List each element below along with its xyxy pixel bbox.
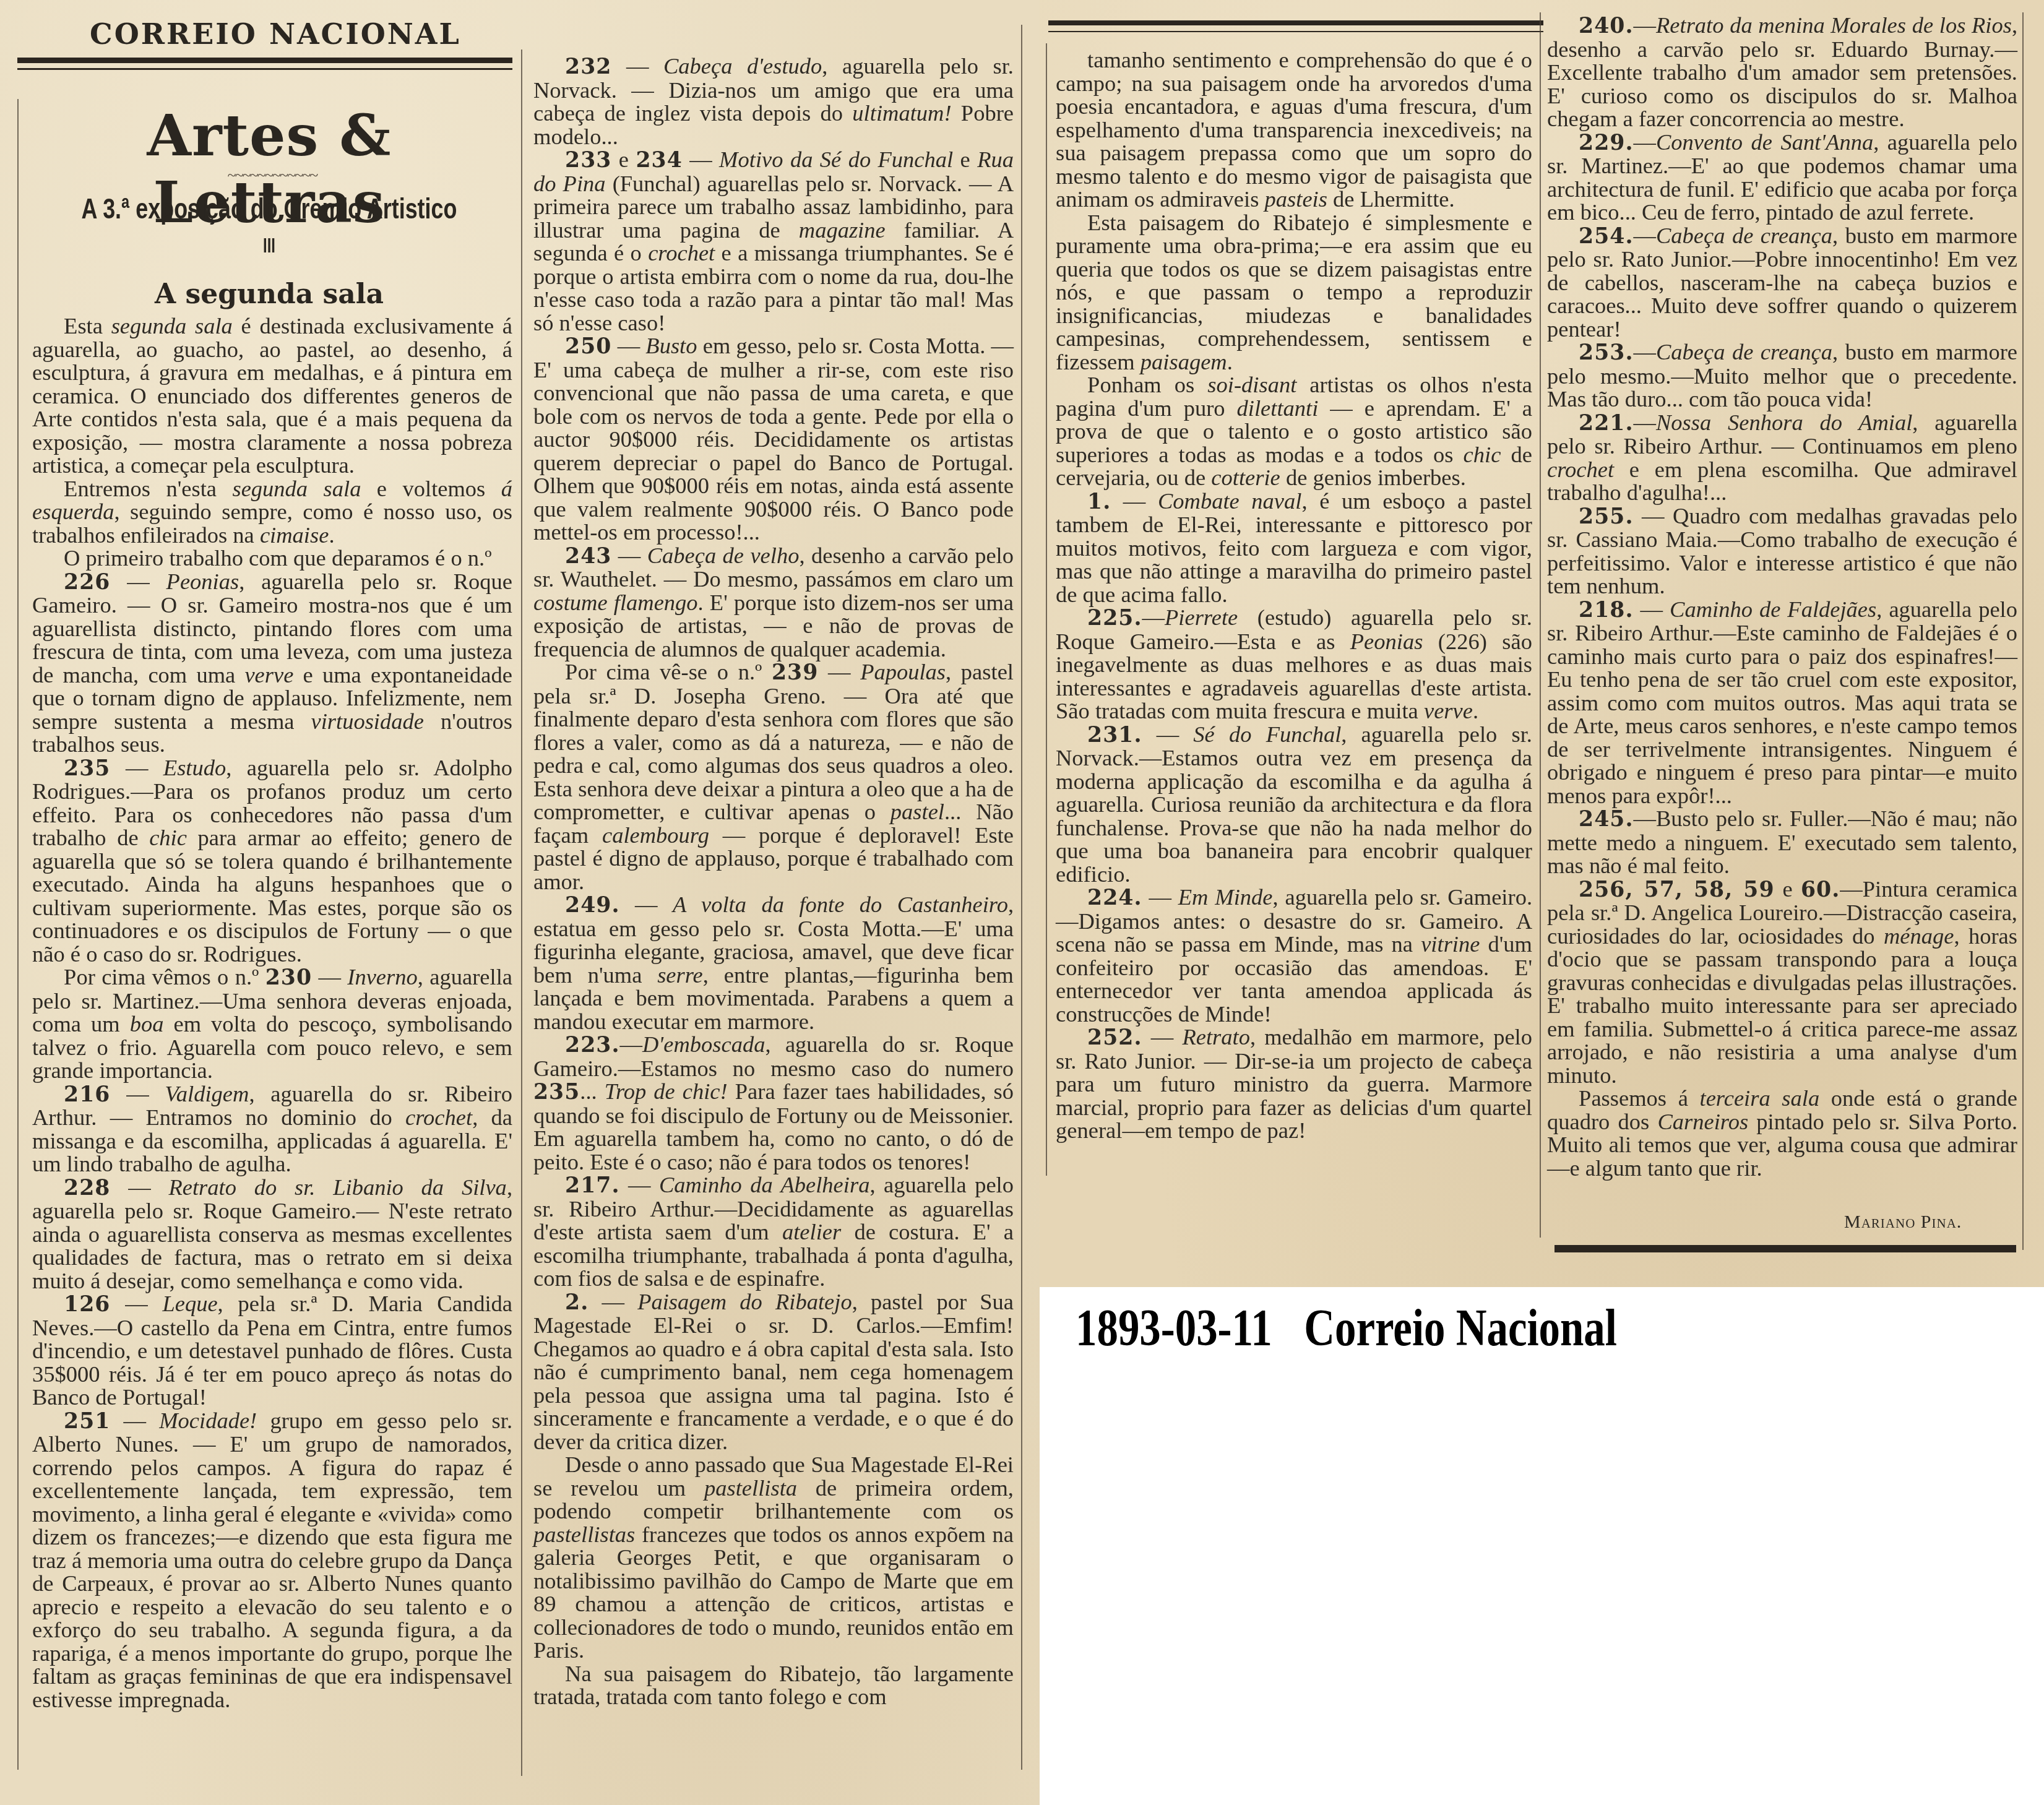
archive-caption: 1893-03-11 Correio Nacional <box>1076 1298 1617 1358</box>
emphasis-text: Convento de Sant'Anna <box>1656 129 1873 155</box>
body-text: — <box>620 1032 643 1057</box>
article-paragraph: 256, 57, 58, 59 e 60.—Pintura ceramica p… <box>1547 877 2017 1087</box>
article-paragraph: 228 — Retrato do sr. Libanio da Silva, a… <box>32 1176 512 1293</box>
end-rule <box>1555 1245 2016 1252</box>
article-paragraph: 245.—Busto pelo sr. Fuller.—Não é mau; n… <box>1547 807 2017 877</box>
emphasis-text: Mocidade! <box>159 1408 257 1433</box>
catalog-number: 217. <box>565 1173 619 1198</box>
body-text: Na sua paisagem do Ribatejo, tão largame… <box>533 1661 1014 1710</box>
catalog-number: 223. <box>565 1032 619 1058</box>
body-text: . <box>329 522 334 548</box>
catalog-number: 232 <box>565 54 611 79</box>
emphasis-text: segunda sala <box>232 476 361 501</box>
catalog-number: 224. <box>1087 885 1142 910</box>
emphasis-text: verve <box>244 662 293 687</box>
article-part-number: III <box>98 234 441 258</box>
emphasis-text: D'emboscada <box>642 1032 765 1057</box>
right-newspaper-clipping: tamanho sentimento e comprehensão do que… <box>1040 0 2044 1287</box>
body-text: — <box>110 569 166 594</box>
article-paragraph: 243 — Cabeça de velho, desenho a carvão … <box>533 544 1014 661</box>
article-paragraph: 218. — Caminho de Faldejães, aguarella p… <box>1547 598 2017 808</box>
catalog-number: 233 <box>565 147 611 173</box>
column-rule <box>17 99 19 1770</box>
emphasis-text: serre <box>657 962 703 988</box>
catalog-number: 240. <box>1579 13 1633 38</box>
emphasis-text: dilettanti <box>1237 395 1319 421</box>
article-column-1: Esta segunda sala é destinada exclusivam… <box>32 314 512 1711</box>
emphasis-text: Retrato da menina Morales de los Rios <box>1656 12 2012 38</box>
article-paragraph: 223.—D'emboscada, aguarella do sr. Roque… <box>533 1033 1014 1173</box>
body-text: — <box>1634 410 1657 435</box>
catalog-number: 239 <box>772 660 818 685</box>
catalog-number: 234 <box>636 147 682 173</box>
emphasis-text: A volta da fonte do Castanheiro <box>673 892 1008 917</box>
body-text: e voltemos <box>361 476 501 501</box>
emphasis-text: verve <box>1424 698 1473 723</box>
body-text: é destinada exclusivamente á aguarella, … <box>32 313 512 478</box>
emphasis-text: calembourg <box>602 822 709 848</box>
body-text: — <box>1634 339 1657 364</box>
column-rule <box>2022 12 2024 1250</box>
emphasis-text: segunda sala <box>111 313 233 338</box>
emphasis-text: pastellista <box>704 1475 797 1501</box>
article-paragraph: Esta paisagem do Ribatejo é simplesmente… <box>1056 211 1532 374</box>
emphasis-text: Caminho de Faldejães <box>1670 597 1876 622</box>
emphasis-text: crochet <box>405 1105 472 1130</box>
emphasis-text: Cabeça d'estudo <box>663 53 822 79</box>
emphasis-text: Pierrete <box>1165 605 1238 630</box>
emphasis-text: Trop de chic! <box>605 1079 728 1104</box>
catalog-number: 1. <box>1087 489 1111 514</box>
body-text: — <box>611 333 645 358</box>
article-subtitle: A 3.ª exposição do Gremio Artistico <box>79 192 460 225</box>
column-rule <box>1540 12 1541 1238</box>
body-text: — <box>312 964 347 989</box>
emphasis-text: pasteis <box>1265 186 1327 212</box>
catalog-number: 126 <box>64 1291 110 1317</box>
emphasis-text: cotterie <box>1211 465 1280 490</box>
article-paragraph: O primeiro trabalho com que deparamos é … <box>32 546 512 570</box>
catalog-number: 225. <box>1087 605 1142 631</box>
catalog-number: 249. <box>565 892 619 918</box>
catalog-number: 60. <box>1801 877 1840 902</box>
emphasis-text: boa <box>130 1011 164 1036</box>
left-newspaper-clipping: CORREIO NACIONAL Artes & Lettras ~~~~~~~… <box>0 0 1040 1805</box>
emphasis-text: costume flamengo <box>533 590 698 615</box>
emphasis-text: Leque <box>162 1291 217 1316</box>
article-paragraph: 126 — Leque, pela sr.ª D. Maria Candida … <box>32 1292 512 1409</box>
article-paragraph: 2. — Paisagem do Ribatejo, pastel por Su… <box>533 1290 1014 1454</box>
body-text: Ponham os <box>1087 372 1207 397</box>
catalog-number: 228 <box>64 1175 110 1200</box>
article-paragraph: tamanho sentimento e comprehensão do que… <box>1056 48 1532 211</box>
emphasis-text: Sé do Funchal <box>1193 722 1341 747</box>
body-text: e <box>953 147 977 172</box>
body-text: — <box>110 1408 159 1433</box>
body-text: — <box>1634 129 1657 155</box>
body-text: e <box>611 147 636 172</box>
emphasis-text: atelier <box>782 1219 841 1244</box>
emphasis-text: Inverno <box>347 964 418 989</box>
catalog-number: 252. <box>1087 1025 1142 1050</box>
emphasis-text: Estudo <box>163 755 226 780</box>
emphasis-text: chic <box>1464 442 1501 467</box>
body-text: e em plena escomilha. Que admiravel trab… <box>1547 457 2017 506</box>
body-text: — <box>110 1081 165 1106</box>
article-paragraph: Desde o anno passado que Sua Magestade E… <box>533 1453 1014 1662</box>
catalog-number: 2. <box>565 1290 589 1315</box>
article-paragraph: 226 — Peonias, aguarella pelo sr. Roque … <box>32 570 512 756</box>
body-text: — <box>110 1174 168 1200</box>
emphasis-text: ultimatum! <box>852 100 951 126</box>
emphasis-text: Caminho da Abelheira <box>659 1172 870 1197</box>
body-text: Por cima vê-se o n.º <box>565 659 772 684</box>
body-text: — <box>620 892 673 917</box>
emphasis-text: Nossa Senhora do Amial <box>1656 410 1912 435</box>
body-text: — <box>1142 1024 1183 1049</box>
article-paragraph: 240.—Retrato da menina Morales de los Ri… <box>1547 14 2017 131</box>
column-rule <box>1021 25 1022 1770</box>
emphasis-text: Papoulas <box>860 659 946 684</box>
emphasis-text: Busto <box>645 333 697 358</box>
body-text: Esta paisagem do Ribatejo é simplesmente… <box>1056 210 1532 374</box>
top-rule-thin <box>1048 31 1543 32</box>
body-text: Esta <box>64 313 111 338</box>
body-text: O primeiro trabalho com que deparamos é … <box>64 545 491 571</box>
article-column-3: tamanho sentimento e comprehensão do que… <box>1056 48 1532 1142</box>
top-rule-thick <box>1048 20 1543 25</box>
column-rule <box>521 50 522 1776</box>
body-text: — <box>1634 223 1657 248</box>
emphasis-text: crochet <box>1547 457 1614 482</box>
body-text: — <box>1634 597 1670 622</box>
article-paragraph: 253.—Cabeça de creança, busto em marmore… <box>1547 340 2017 411</box>
catalog-number: 221. <box>1579 410 1633 436</box>
article-paragraph: Entremos n'esta segunda sala e voltemos … <box>32 477 512 547</box>
article-paragraph: 229.—Convento de Sant'Anna, aguarella pe… <box>1547 131 2017 224</box>
catalog-number: 253. <box>1579 340 1633 365</box>
body-text: em gesso, pelo sr. Costa Motta. — E' uma… <box>533 333 1014 545</box>
body-text: Entremos n'esta <box>64 476 232 501</box>
emphasis-text: Retrato do sr. Libanio da Silva <box>168 1174 506 1200</box>
article-column-4: 240.—Retrato da menina Morales de los Ri… <box>1547 14 2017 1179</box>
article-paragraph: 255. — Quadro com medalhas gravadas pelo… <box>1547 504 2017 598</box>
body-text: e <box>1775 876 1801 902</box>
catalog-number: 216 <box>64 1082 110 1107</box>
emphasis-text: cimaise <box>260 522 329 548</box>
body-text: . <box>1473 698 1478 723</box>
body-text: Por cima vêmos o n.º <box>64 964 265 989</box>
article-paragraph: 231. — Sé do Funchal, aguarella pelo sr.… <box>1056 723 1532 886</box>
article-heading: A segunda sala <box>25 278 514 310</box>
body-text: — <box>1634 12 1657 38</box>
body-text: Passemos á <box>1579 1085 1699 1111</box>
catalog-number: 235 <box>533 1079 580 1105</box>
emphasis-text: Cabeça de creança <box>1656 223 1832 248</box>
article-paragraph: 249. — A volta da fonte do Castanheiro, … <box>533 893 1014 1033</box>
article-paragraph: Por cima vêmos o n.º 230 — Inverno, agua… <box>32 965 512 1082</box>
emphasis-text: Cabeça de velho <box>647 543 800 568</box>
emphasis-text: chic <box>149 825 187 850</box>
article-paragraph: 250 — Busto em gesso, pelo sr. Costa Mot… <box>533 334 1014 544</box>
catalog-number: 226 <box>64 569 110 595</box>
emphasis-text: paisagem <box>1141 349 1227 374</box>
emphasis-text: vitrine <box>1421 931 1480 957</box>
body-text: — <box>611 53 663 79</box>
body-text: de genios imberbes. <box>1280 465 1466 490</box>
masthead-rule-thick <box>17 58 512 63</box>
emphasis-text: pastel <box>890 799 944 824</box>
author-signature: Mariano Pina. <box>1844 1212 1962 1233</box>
article-paragraph: Passemos á terceira sala onde está o gra… <box>1547 1087 2017 1179</box>
catalog-number: 255. <box>1579 504 1633 529</box>
article-paragraph: 233 e 234 — Motivo da Sé do Funchal e Ru… <box>533 148 1014 334</box>
body-text: grupo em gesso pelo sr. Alberto Nunes. —… <box>32 1408 512 1712</box>
emphasis-text: Em Minde <box>1178 884 1273 910</box>
article-paragraph: 251 — Mocidade! grupo em gesso pelo sr. … <box>32 1409 512 1712</box>
body-text: ... <box>580 1079 604 1104</box>
body-text: — <box>818 659 860 684</box>
body-text: — <box>110 1291 162 1316</box>
body-text: — <box>110 755 163 780</box>
emphasis-text: soi-disant <box>1207 372 1296 397</box>
body-text: , horas d'ocio que se passam transpondo … <box>1547 923 2017 1088</box>
emphasis-text: ménage <box>1884 923 1954 949</box>
article-paragraph: 1. — Combate naval, é um esboço a pastel… <box>1056 489 1532 606</box>
newspaper-masthead: CORREIO NACIONAL <box>34 17 517 51</box>
article-paragraph: 217. — Caminho da Abelheira, aguarella p… <box>533 1173 1014 1290</box>
catalog-number: 250 <box>565 334 611 359</box>
article-paragraph: 235 — Estudo, aguarella pelo sr. Adolpho… <box>32 756 512 966</box>
article-paragraph: Ponham os soi-disant artistas os olhos n… <box>1056 373 1532 489</box>
catalog-number: 254. <box>1579 223 1633 249</box>
body-text: — <box>611 543 647 568</box>
emphasis-text: Peonias <box>1350 629 1423 654</box>
emphasis-text: virtuosidade <box>311 709 423 734</box>
article-paragraph: 221.—Nossa Senhora do Amial, aguarella p… <box>1547 411 2017 504</box>
body-text: — <box>589 1289 637 1314</box>
body-text: . <box>1227 349 1233 374</box>
emphasis-text: Combate naval <box>1158 488 1301 514</box>
catalog-number: 230 <box>265 965 312 990</box>
catalog-number: 231. <box>1087 722 1142 747</box>
article-paragraph: 254.—Cabeça de creança, busto em marmore… <box>1547 224 2017 341</box>
emphasis-text: Cabeça de creança <box>1656 339 1832 364</box>
emphasis-text: pastellistas <box>533 1522 635 1547</box>
emphasis-text: Motivo da Sé do Funchal <box>719 147 953 172</box>
body-text: — <box>1111 488 1158 514</box>
article-paragraph: Por cima vê-se o n.º 239 — Papoulas, pas… <box>533 660 1014 893</box>
body-text: — <box>1142 722 1194 747</box>
body-text: — <box>1142 884 1178 910</box>
catalog-number: 245. <box>1579 806 1633 832</box>
column-rule <box>1046 43 1047 1176</box>
catalog-number: 256, 57, 58, 59 <box>1579 877 1774 902</box>
emphasis-text: magazine <box>799 217 886 243</box>
catalog-number: 218. <box>1579 597 1633 622</box>
body-text: , pastel por Sua Magestade El-Rei o sr. … <box>533 1289 1014 1454</box>
body-text: — <box>683 147 719 172</box>
emphasis-text: Retrato <box>1182 1024 1249 1049</box>
emphasis-text: Carneiros <box>1657 1109 1748 1134</box>
catalog-number: 229. <box>1579 130 1633 155</box>
article-paragraph: 216 — Valdigem, aguarella do sr. Ribeiro… <box>32 1082 512 1176</box>
body-text: de Lhermitte. <box>1327 186 1455 212</box>
emphasis-text: crochet <box>648 240 715 265</box>
ornament-divider: ~~~~~~~~~~~~ <box>210 166 334 184</box>
article-paragraph: Esta segunda sala é destinada exclusivam… <box>32 314 512 477</box>
body-text: , aguarella pelo sr. Ribeiro Arthur.—Est… <box>1547 597 2017 808</box>
article-paragraph: Na sua paisagem do Ribatejo, tão largame… <box>533 1662 1014 1708</box>
body-text: — <box>620 1172 659 1197</box>
article-paragraph: 252. — Retrato, medalhão em marmore, pel… <box>1056 1025 1532 1142</box>
article-paragraph: 225.—Pierrete (estudo) aguarella pelo sr… <box>1056 606 1532 723</box>
article-column-2: 232 — Cabeça d'estudo, aguarella pelo sr… <box>533 54 1014 1708</box>
emphasis-text: Valdigem <box>165 1081 249 1106</box>
catalog-number: 235 <box>64 756 110 781</box>
article-paragraph: 224. — Em Minde, aguarella pelo sr. Game… <box>1056 885 1532 1025</box>
masthead-rule-thin <box>17 68 512 70</box>
body-text: — <box>1142 605 1165 630</box>
emphasis-text: Peonias <box>166 569 239 594</box>
catalog-number: 251 <box>64 1408 110 1434</box>
body-text: , aguarella pelo sr. Norvack.—Estamos ou… <box>1056 722 1532 887</box>
catalog-number: 243 <box>565 543 611 569</box>
article-paragraph: 232 — Cabeça d'estudo, aguarella pelo sr… <box>533 54 1014 148</box>
emphasis-text: terceira sala <box>1700 1085 1820 1111</box>
emphasis-text: Paisagem do Ribatejo <box>637 1289 852 1314</box>
